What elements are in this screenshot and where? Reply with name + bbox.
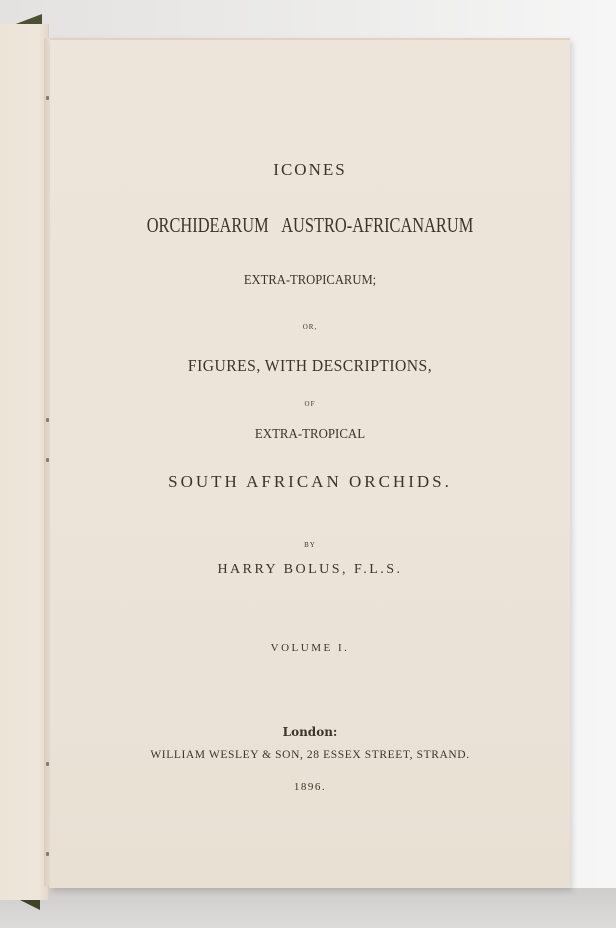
connector-or: OR,: [50, 323, 570, 331]
binding-stitch: [46, 418, 49, 422]
title-line-extra-tropicarum: EXTRA-TROPICARUM;: [76, 273, 544, 289]
binding-stitch: [46, 762, 49, 766]
binding-stitch: [46, 458, 49, 462]
subtitle-figures: FIGURES, WITH DESCRIPTIONS,: [71, 356, 549, 376]
binding-stitch: [46, 852, 49, 856]
subtitle-extra-tropical: EXTRA-TROPICAL: [71, 427, 549, 443]
title-line-icones: ICONES: [50, 160, 570, 180]
page-edge: [50, 38, 570, 40]
title-line-orchidearum: ORCHIDEARUM AUSTRO-AFRICANARUM: [107, 213, 513, 238]
connector-of: OF: [50, 400, 570, 408]
binding-stitch: [46, 96, 49, 100]
imprint-place: London:: [50, 725, 570, 739]
subtitle-south-african-orchids: SOUTH AFRICAN ORCHIDS.: [50, 472, 570, 492]
publication-year: 1896.: [50, 781, 570, 793]
by-label: BY: [50, 541, 570, 549]
table-surface: [0, 888, 616, 928]
volume-label: VOLUME I.: [50, 642, 570, 654]
publisher: WILLIAM WESLEY & SON, 28 ESSEX STREET, S…: [50, 749, 570, 761]
left-endpaper: [0, 24, 49, 900]
author-name: HARRY BOLUS, F.L.S.: [50, 562, 570, 578]
title-page: ICONES ORCHIDEARUM AUSTRO-AFRICANARUM EX…: [50, 38, 570, 888]
